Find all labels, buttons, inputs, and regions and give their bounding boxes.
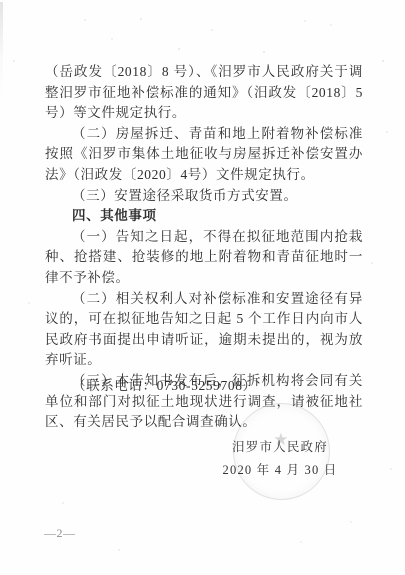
page-number: —2— (44, 526, 76, 541)
paragraph-other-2: （二）相关权利人对补偿标准和安置途径有异议的，可在拟征地告知之日起 5 个工作日… (45, 289, 363, 371)
paragraph-item-2: （二）房屋拆迁、青苗和地上附着物补偿标准按照《汨罗市集体土地征收与房屋拆迁补偿安… (45, 124, 363, 186)
signature-issuer: 汨罗市人民政府 (222, 436, 338, 459)
paragraph-continuation: （岳政发〔2018〕8 号）、《汨罗市人民政府关于调整汨罗市征地补偿标准的通知》… (45, 62, 363, 124)
signature-date: 2020 年 4 月 30 日 (222, 459, 338, 482)
paragraph-other-1: （一）告知之日起，不得在拟征地范围内抢栽种、抢搭建、抢装修的地上附着物和青苗征地… (45, 227, 363, 289)
paragraph-item-3: （三）安置途径采取货币方式安置。 (45, 186, 363, 207)
contact-phone-line: （联系电话：0730-5259708） (45, 376, 363, 397)
scan-edge-artifact (0, 2, 3, 97)
section-heading: 四、其他事项 (45, 206, 363, 227)
signature-block: ★ 汨罗市人民政府 2020 年 4 月 30 日 (222, 436, 338, 481)
document-page: （岳政发〔2018〕8 号）、《汨罗市人民政府关于调整汨罗市征地补偿标准的通知》… (0, 0, 405, 575)
